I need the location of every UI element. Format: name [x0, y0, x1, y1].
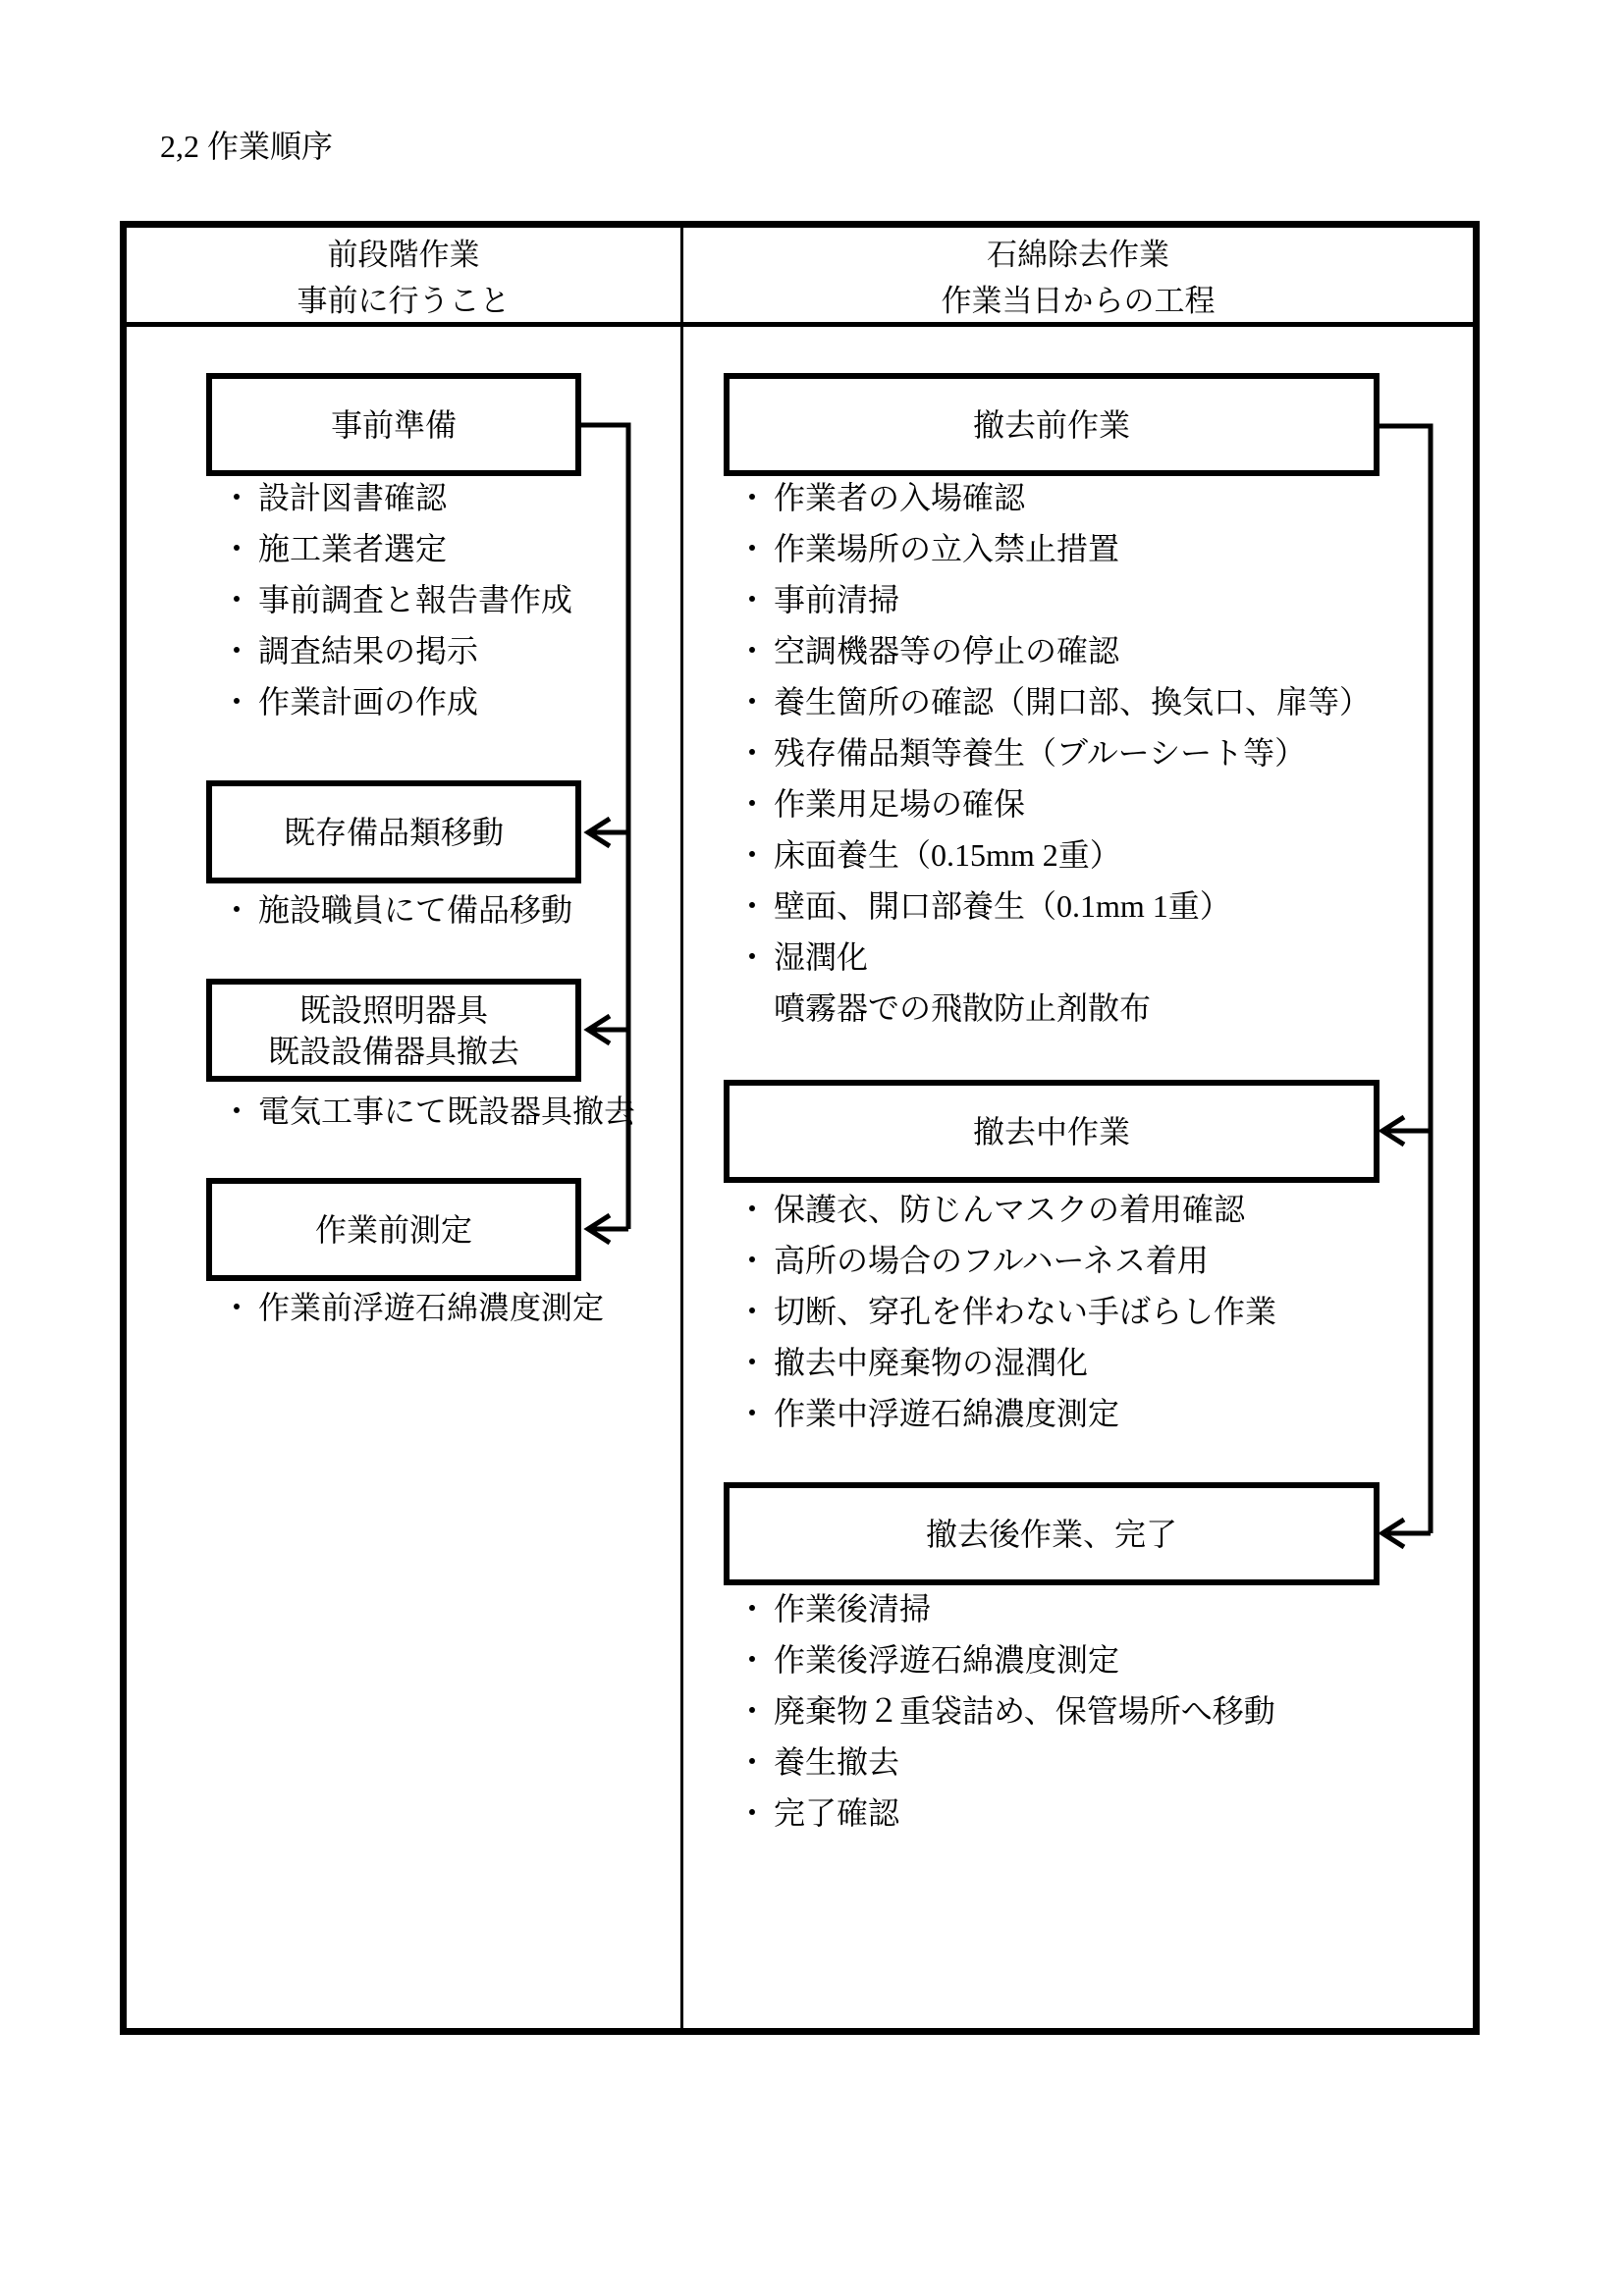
bullet-icon: ・: [221, 1283, 258, 1328]
list-tekkyo-chu: ・保護衣、防じんマスクの着用確認 ・高所の場合のフルハーネス着用 ・切断、穿孔を…: [736, 1182, 1276, 1437]
list-item: ・廃棄物２重袋詰め、保管場所へ移動: [736, 1683, 1275, 1735]
flow-box-tekkyo-chu: 撤去中作業: [724, 1080, 1380, 1183]
list-item-text: 作業後清掃: [774, 1584, 931, 1629]
list-item-text: 設計図書確認: [258, 473, 447, 518]
bullet-icon: ・: [736, 677, 774, 722]
list-item: ・調査結果の掲示: [221, 623, 572, 674]
flow-box-label-line1: 既設照明器具: [299, 989, 488, 1031]
list-item: ・切断、穿孔を伴わない手ばらし作業: [736, 1284, 1276, 1335]
list-item-text: 作業者の入場確認: [774, 473, 1025, 518]
list-item-text: 保護衣、防じんマスクの着用確認: [774, 1185, 1245, 1230]
bullet-icon: ・: [736, 626, 774, 671]
list-item: ・施設職員にて備品移動: [221, 882, 572, 934]
bullet-icon: ・: [736, 1737, 774, 1783]
bullet-icon: ・: [736, 933, 774, 978]
list-tekkyo-mae: ・作業者の入場確認 ・作業場所の立入禁止措置 ・事前清掃 ・空調機器等の停止の確…: [736, 470, 1371, 1032]
list-item-text: 高所の場合のフルハーネス着用: [774, 1236, 1209, 1281]
flow-box-label: 撤去前作業: [973, 404, 1130, 446]
right-connector-line: [1380, 426, 1431, 1533]
list-item: ・撤去中廃棄物の湿潤化: [736, 1335, 1276, 1386]
list-item-text: 湿潤化: [774, 933, 868, 978]
list-item: ・作業者の入場確認: [736, 470, 1371, 521]
list-item-text: 事前清掃: [774, 575, 899, 620]
list-item-text: 切断、穿孔を伴わない手ばらし作業: [774, 1287, 1276, 1332]
bullet-icon: ・: [736, 575, 774, 620]
bullet-icon: ・: [736, 830, 774, 876]
bullet-icon: ・: [221, 885, 258, 931]
bullet-icon: ・: [736, 1635, 774, 1681]
list-item: ・設計図書確認: [221, 470, 572, 521]
list-item: ・湿潤化: [736, 930, 1371, 981]
list-item: ・事前調査と報告書作成: [221, 572, 572, 623]
bullet-icon: ・: [221, 1087, 258, 1132]
list-item-text: 作業前浮遊石綿濃度測定: [258, 1283, 604, 1328]
flow-box-tekkyo-go: 撤去後作業、完了: [724, 1482, 1380, 1585]
bullet-icon: ・: [736, 1584, 774, 1629]
flow-box-sagyomae-sokutei: 作業前測定: [206, 1178, 581, 1281]
list-item: ・施工業者選定: [221, 521, 572, 572]
list-item: ・空調機器等の停止の確認: [736, 623, 1371, 674]
list-item: ・作業計画の作成: [221, 674, 572, 725]
bullet-icon: ・: [736, 1287, 774, 1332]
list-item-text: 作業場所の立入禁止措置: [774, 524, 1119, 569]
list-jizen-junbi: ・設計図書確認 ・施工業者選定 ・事前調査と報告書作成 ・調査結果の掲示 ・作業…: [221, 470, 572, 725]
list-item-text: 空調機器等の停止の確認: [774, 626, 1119, 671]
list-item: ・作業後浮遊石綿濃度測定: [736, 1632, 1275, 1683]
list-item-text: 作業計画の作成: [258, 677, 478, 722]
list-item: ・保護衣、防じんマスクの着用確認: [736, 1182, 1276, 1233]
bullet-icon: ・: [736, 1338, 774, 1383]
list-item-text: 完了確認: [774, 1789, 899, 1834]
list-item-text: 施工業者選定: [258, 524, 447, 569]
document-page: 2,2 作業順序 前段階作業 事前に行うこと 石綿除去作業: [0, 0, 1623, 2296]
list-item-text: 養生撤去: [774, 1737, 899, 1783]
bullet-icon: ・: [736, 728, 774, 774]
list-item-text: 残存備品類等養生（ブルーシート等）: [774, 728, 1306, 774]
list-item: ・作業後清掃: [736, 1581, 1275, 1632]
list-sagyomae-sokutei: ・作業前浮遊石綿濃度測定: [221, 1280, 604, 1331]
flow-box-jizen-junbi: 事前準備: [206, 373, 581, 476]
list-item-text: 養生箇所の確認（開口部、換気口、扉等）: [774, 677, 1371, 722]
flow-box-tekkyo-mae: 撤去前作業: [724, 373, 1380, 476]
list-item-continuation: 噴霧器での飛散防止剤散布: [736, 981, 1371, 1032]
flow-box-label: 撤去後作業、完了: [926, 1514, 1177, 1555]
list-item-text: 電気工事にて既設器具撤去: [258, 1087, 635, 1132]
bullet-icon: ・: [736, 1789, 774, 1834]
flow-box-bihin-ido: 既存備品類移動: [206, 780, 581, 883]
bullet-icon: ・: [736, 779, 774, 825]
list-item-text: 廃棄物２重袋詰め、保管場所へ移動: [774, 1686, 1275, 1732]
bullet-icon: ・: [221, 473, 258, 518]
list-kisetsu-kigu: ・電気工事にて既設器具撤去: [221, 1084, 635, 1135]
bullet-icon: ・: [736, 473, 774, 518]
list-item: ・養生撤去: [736, 1735, 1275, 1786]
list-item: ・床面養生（0.15mm 2重）: [736, 828, 1371, 879]
list-item-text: 事前調査と報告書作成: [258, 575, 572, 620]
list-item-text: 作業後浮遊石綿濃度測定: [774, 1635, 1119, 1681]
flow-box-kisetsu-kigu: 既設照明器具 既設設備器具撤去: [206, 979, 581, 1082]
flow-box-label: 既存備品類移動: [284, 812, 504, 853]
bullet-icon: ・: [736, 1236, 774, 1281]
bullet-icon: ・: [221, 524, 258, 569]
list-item-text: 壁面、開口部養生（0.1mm 1重）: [774, 881, 1231, 927]
list-item-text: 作業中浮遊石綿濃度測定: [774, 1389, 1119, 1434]
flow-box-label: 事前準備: [331, 404, 457, 446]
list-item: ・作業用足場の確保: [736, 776, 1371, 828]
flow-box-label: 撤去中作業: [973, 1111, 1130, 1152]
flow-box-label-line2: 既設設備器具撤去: [268, 1031, 519, 1072]
list-item-text: 噴霧器での飛散防止剤散布: [774, 984, 1151, 1029]
bullet-icon: ・: [736, 1389, 774, 1434]
list-item: ・作業中浮遊石綿濃度測定: [736, 1386, 1276, 1437]
bullet-icon: ・: [736, 524, 774, 569]
list-item: ・残存備品類等養生（ブルーシート等）: [736, 725, 1371, 776]
flow-box-label: 作業前測定: [315, 1209, 472, 1251]
list-item: ・作業場所の立入禁止措置: [736, 521, 1371, 572]
list-item: ・作業前浮遊石綿濃度測定: [221, 1280, 604, 1331]
list-item: ・高所の場合のフルハーネス着用: [736, 1233, 1276, 1284]
bullet-icon: ・: [221, 677, 258, 722]
bullet-icon: ・: [221, 626, 258, 671]
bullet-icon: ・: [736, 881, 774, 927]
list-bihin-ido: ・施設職員にて備品移動: [221, 882, 572, 934]
list-item: ・完了確認: [736, 1786, 1275, 1837]
list-item: ・壁面、開口部養生（0.1mm 1重）: [736, 879, 1371, 930]
list-item: ・電気工事にて既設器具撤去: [221, 1084, 635, 1135]
list-tekkyo-go: ・作業後清掃 ・作業後浮遊石綿濃度測定 ・廃棄物２重袋詰め、保管場所へ移動 ・養…: [736, 1581, 1275, 1837]
bullet-icon: ・: [736, 1185, 774, 1230]
list-item-text: 作業用足場の確保: [774, 779, 1025, 825]
bullet-icon: ・: [221, 575, 258, 620]
list-item-text: 床面養生（0.15mm 2重）: [774, 830, 1121, 876]
list-item: ・事前清掃: [736, 572, 1371, 623]
list-item-text: 撤去中廃棄物の湿潤化: [774, 1338, 1088, 1383]
list-item: ・養生箇所の確認（開口部、換気口、扉等）: [736, 674, 1371, 725]
list-item-text: 施設職員にて備品移動: [258, 885, 572, 931]
bullet-icon: ・: [736, 1686, 774, 1732]
list-item-text: 調査結果の掲示: [258, 626, 478, 671]
